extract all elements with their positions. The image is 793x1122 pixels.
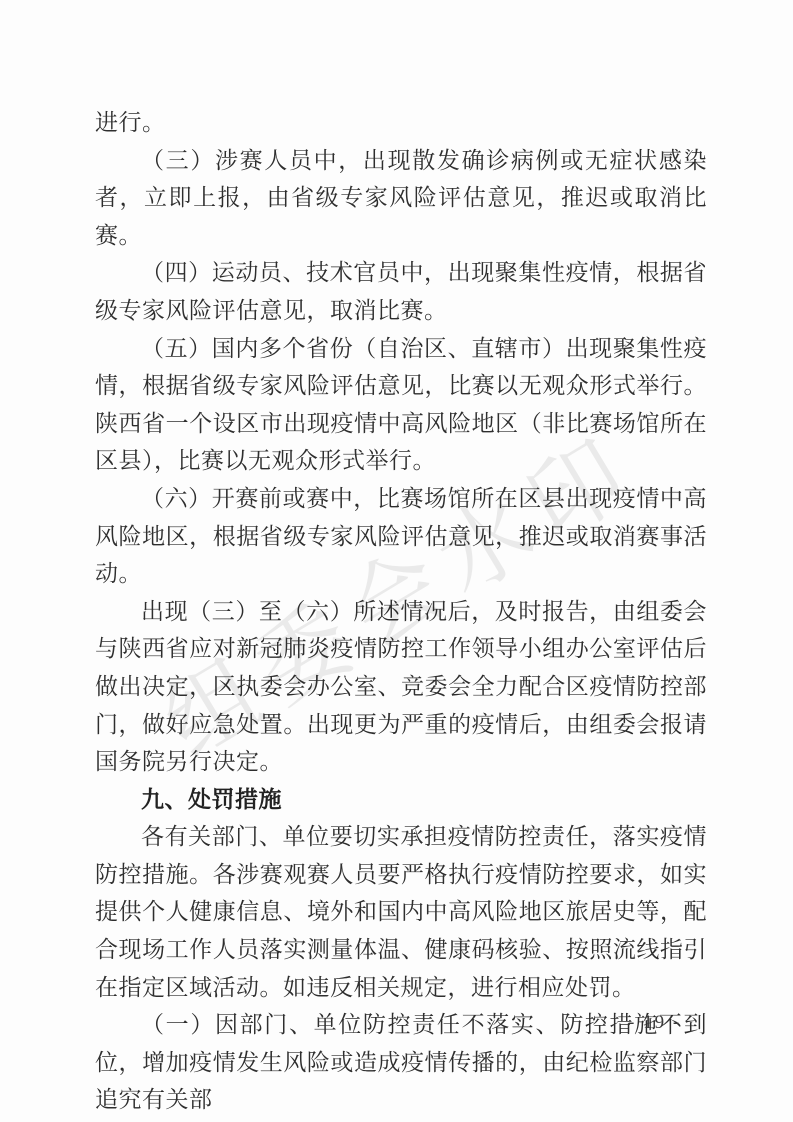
paragraph-report-procedure: 出现（三）至（六）所述情况后，及时报告，由组委会与陕西省应对新冠肺炎疫情防控工作… — [95, 593, 707, 781]
page-number: - 19 - — [628, 1012, 681, 1034]
document-body: 进行。 （三）涉赛人员中，出现散发确诊病例或无症状感染者，立即上报，由省级专家风… — [95, 104, 707, 1119]
paragraph-item-1: （一）因部门、单位防控责任不落实、防控措施不到位，增加疫情发生风险或造成疫情传播… — [95, 1006, 707, 1119]
document-page: 组委会水印 进行。 （三）涉赛人员中，出现散发确诊病例或无症状感染者，立即上报，… — [0, 0, 793, 1122]
paragraph-item-6: （六）开赛前或赛中，比赛场馆所在区县出现疫情中高风险地区，根据省级专家风险评估意… — [95, 480, 707, 593]
paragraph-responsibility: 各有关部门、单位要切实承担疫情防控责任，落实疫情防控措施。各涉赛观赛人员要严格执… — [95, 818, 707, 1006]
paragraph-continuation: 进行。 — [95, 104, 707, 142]
section-heading-punishment-measures: 九、处罚措施 — [95, 781, 707, 819]
paragraph-item-5: （五）国内多个省份（自治区、直辖市）出现聚集性疫情，根据省级专家风险评估意见，比… — [95, 330, 707, 480]
paragraph-item-3: （三）涉赛人员中，出现散发确诊病例或无症状感染者，立即上报，由省级专家风险评估意… — [95, 142, 707, 255]
paragraph-item-4: （四）运动员、技术官员中，出现聚集性疫情，根据省级专家风险评估意见，取消比赛。 — [95, 254, 707, 329]
